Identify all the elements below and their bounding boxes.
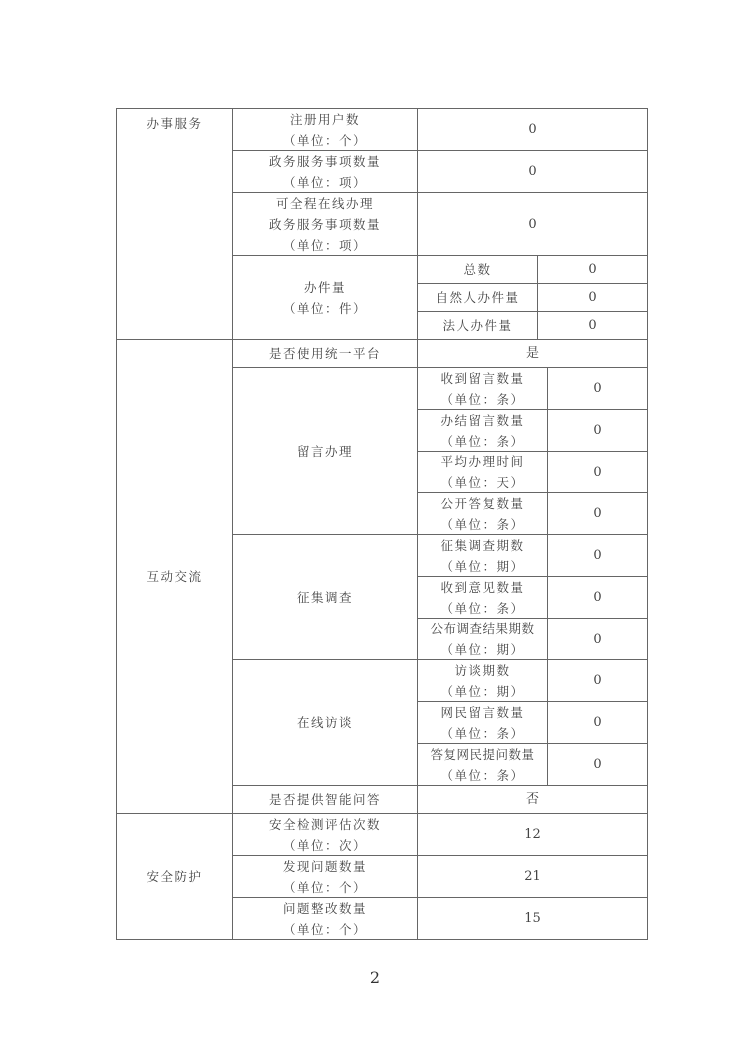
unit-line: （单位：个） [283, 130, 367, 151]
label-line: 发现问题数量 [283, 856, 367, 877]
security-assessments-label: 安全检测评估次数 （单位：次） [232, 813, 418, 856]
unit-line: （单位：项） [283, 172, 367, 193]
label: 征集调查 [297, 587, 353, 608]
label-line: 办件量 [304, 277, 346, 298]
category-label: 安全防护 [146, 866, 202, 887]
survey-results-value: 0 [547, 618, 648, 660]
label-line: 网民留言数量 [440, 702, 524, 723]
security-issues-found-label: 发现问题数量 （单位：个） [232, 855, 418, 898]
label-line: 平均办理时间 [440, 451, 524, 472]
messages-closed-value: 0 [547, 409, 648, 452]
interview-replies-label: 答复网民提问数量 （单位：条） [417, 743, 548, 786]
value: 0 [593, 462, 601, 483]
survey-periods-label: 征集调查期数 （单位：期） [417, 534, 548, 577]
label-line: 征集调查期数 [440, 535, 524, 556]
value: 否 [526, 789, 539, 810]
unit-line: （单位：项） [283, 235, 367, 256]
survey-periods-value: 0 [547, 534, 648, 577]
category-service: 办事服务 [116, 108, 233, 340]
value: 0 [588, 259, 596, 280]
value: 0 [593, 587, 601, 608]
caseload-total-label: 总数 [417, 255, 538, 284]
label: 是否使用统一平台 [269, 343, 381, 364]
value: 0 [528, 214, 536, 235]
interview-netizen-messages-label: 网民留言数量 （单位：条） [417, 701, 548, 744]
value: 0 [593, 712, 601, 733]
unit-line: （单位：条） [440, 723, 524, 744]
survey-opinions-value: 0 [547, 576, 648, 619]
label-line: 问题整改数量 [283, 898, 367, 919]
row-registered-users-label: 注册用户数 （单位：个） [232, 108, 418, 151]
unit-line: （单位：条） [440, 765, 524, 786]
category-interaction: 互动交流 [116, 339, 233, 814]
value: 0 [588, 287, 596, 308]
label-line: 答复网民提问数量 [430, 744, 534, 765]
survey-label: 征集调查 [232, 534, 418, 660]
category-label: 办事服务 [146, 113, 202, 134]
caseload-natural-person-value: 0 [537, 283, 648, 312]
value: 12 [524, 824, 541, 845]
label-line: 安全检测评估次数 [269, 814, 381, 835]
survey-opinions-label: 收到意见数量 （单位：条） [417, 576, 548, 619]
row-registered-users-value: 0 [417, 108, 648, 151]
value: 0 [593, 420, 601, 441]
caseload-natural-person-label: 自然人办件量 [417, 283, 538, 312]
messages-public-replies-value: 0 [547, 492, 648, 535]
unit-line: （单位：个） [283, 919, 367, 940]
unit-line: （单位：条） [440, 514, 524, 535]
unified-platform-value: 是 [417, 339, 648, 368]
label-line: 公布调查结果期数 [430, 618, 534, 639]
value: 0 [593, 545, 601, 566]
label-line: 注册用户数 [290, 109, 360, 130]
unit-line: （单位：期） [440, 681, 524, 702]
interview-periods-value: 0 [547, 659, 648, 702]
label: 自然人办件量 [435, 287, 519, 308]
security-issues-fixed-value: 15 [417, 897, 648, 940]
value: 0 [593, 629, 601, 650]
label: 法人办件量 [442, 315, 512, 336]
row-online-service-items-label: 可全程在线办理 政务服务事项数量 （单位：项） [232, 192, 418, 256]
interview-netizen-messages-value: 0 [547, 701, 648, 744]
category-security: 安全防护 [116, 813, 233, 940]
row-service-items-label: 政务服务事项数量 （单位：项） [232, 150, 418, 193]
messages-closed-label: 办结留言数量 （单位：条） [417, 409, 548, 452]
unit-line: （单位：条） [440, 598, 524, 619]
unit-line: （单位：件） [283, 298, 367, 319]
interview-replies-value: 0 [547, 743, 648, 786]
label: 在线访谈 [297, 712, 353, 733]
messages-label: 留言办理 [232, 367, 418, 535]
row-service-items-value: 0 [417, 150, 648, 193]
page-number: 2 [0, 968, 750, 987]
messages-received-value: 0 [547, 367, 648, 410]
smart-qa-value: 否 [417, 785, 648, 814]
security-assessments-value: 12 [417, 813, 648, 856]
value: 15 [524, 908, 541, 929]
security-issues-found-value: 21 [417, 855, 648, 898]
label-line: 收到留言数量 [440, 368, 524, 389]
label-line: 访谈期数 [454, 660, 510, 681]
value: 0 [528, 161, 536, 182]
caseload-legal-person-label: 法人办件量 [417, 311, 538, 340]
value: 0 [528, 119, 536, 140]
messages-received-label: 收到留言数量 （单位：条） [417, 367, 548, 410]
unit-line: （单位：天） [440, 472, 524, 493]
value: 0 [593, 378, 601, 399]
value: 0 [588, 315, 596, 336]
caseload-legal-person-value: 0 [537, 311, 648, 340]
interview-label: 在线访谈 [232, 659, 418, 786]
messages-public-replies-label: 公开答复数量 （单位：条） [417, 492, 548, 535]
label: 留言办理 [297, 441, 353, 462]
unit-line: （单位：期） [440, 556, 524, 577]
value: 是 [526, 343, 539, 364]
messages-avg-time-value: 0 [547, 451, 648, 493]
label-line: 政务服务事项数量 [269, 151, 381, 172]
unit-line: （单位：期） [440, 639, 524, 660]
category-label: 互动交流 [146, 566, 202, 587]
unit-line: （单位：个） [283, 877, 367, 898]
caseload-label: 办件量 （单位：件） [232, 255, 418, 340]
unit-line: （单位：次） [283, 835, 367, 856]
value: 21 [524, 866, 541, 887]
interview-periods-label: 访谈期数 （单位：期） [417, 659, 548, 702]
unified-platform-label: 是否使用统一平台 [232, 339, 418, 368]
value: 0 [593, 503, 601, 524]
label-line: 政务服务事项数量 [269, 214, 381, 235]
value: 0 [593, 754, 601, 775]
row-online-service-items-value: 0 [417, 192, 648, 256]
label-line: 可全程在线办理 [276, 193, 374, 214]
label-line: 办结留言数量 [440, 410, 524, 431]
messages-avg-time-label: 平均办理时间 （单位：天） [417, 451, 548, 493]
survey-results-label: 公布调查结果期数 （单位：期） [417, 618, 548, 660]
unit-line: （单位：条） [440, 431, 524, 452]
caseload-total-value: 0 [537, 255, 648, 284]
unit-line: （单位：条） [440, 389, 524, 410]
label: 是否提供智能问答 [269, 789, 381, 810]
security-issues-fixed-label: 问题整改数量 （单位：个） [232, 897, 418, 940]
smart-qa-label: 是否提供智能问答 [232, 785, 418, 814]
label-line: 公开答复数量 [440, 493, 524, 514]
value: 0 [593, 670, 601, 691]
label-line: 收到意见数量 [440, 577, 524, 598]
label: 总数 [463, 259, 491, 280]
